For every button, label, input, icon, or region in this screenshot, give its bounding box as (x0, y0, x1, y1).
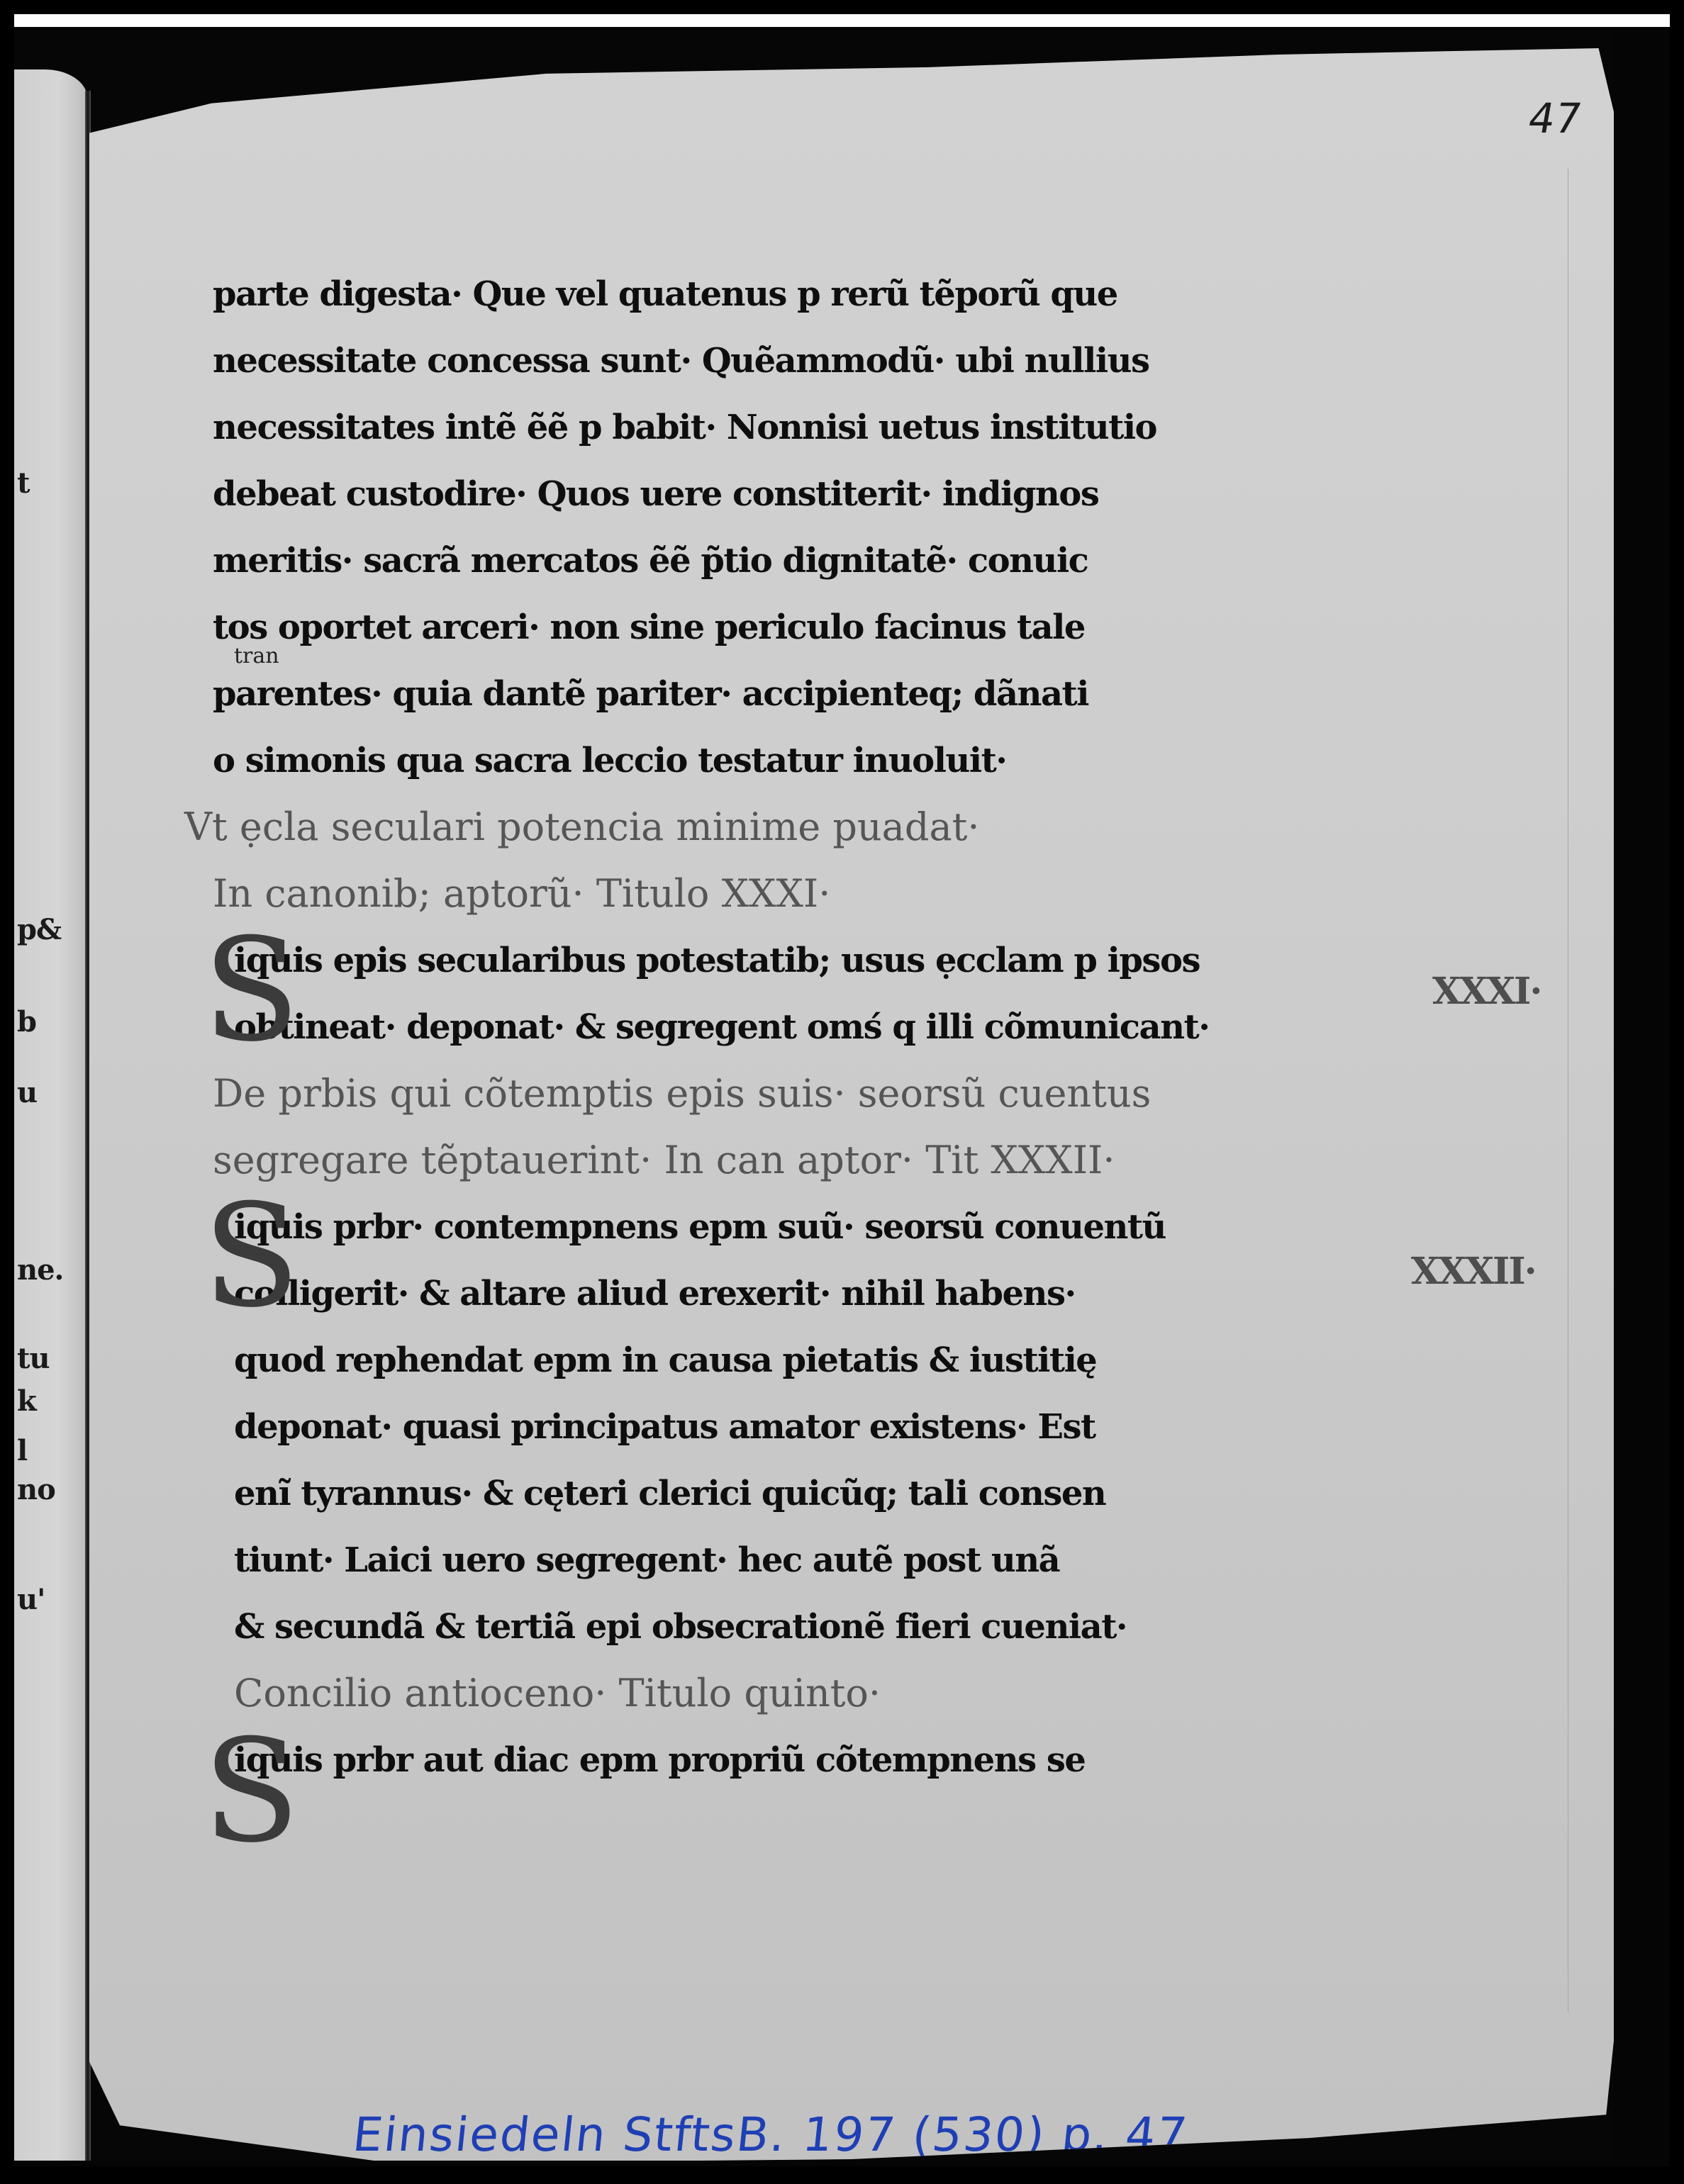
text-line: necessitates intẽ ẽẽ p babit· Nonnisi ue… (213, 394, 1418, 461)
rubric-line: De prbis qui cõtemptis epis suis· seorsũ… (213, 1060, 1418, 1127)
manuscript-photograph: t p& b u ne. tu k l no u' 47 parte diges… (14, 27, 1670, 2166)
rubric-line: segregare tẽptauerint· In can aptor· Tit… (213, 1127, 1418, 1194)
marginal-number: XXXII· (1411, 1250, 1536, 1293)
rubric-line: Concilio antioceno· Titulo quinto· (213, 1660, 1418, 1727)
left-page-fragment: u (17, 1076, 37, 1109)
text-line: obtineat· deponat· & segregent omś q ill… (213, 994, 1418, 1060)
manuscript-text: parte digesta· Que vel quatenus p rerũ t… (213, 261, 1418, 1793)
text-line: colligerit· & altare aliud erexerit· nih… (213, 1260, 1418, 1327)
text-line: deponat· quasi principatus amator existe… (213, 1394, 1418, 1460)
left-page-fragment: k (17, 1384, 36, 1418)
text-line: & secundã & tertiã epi obsecrationẽ fier… (213, 1594, 1418, 1660)
text-line: debeat custodire· Quos uere constiterit·… (213, 461, 1418, 527)
marginal-number: XXXI· (1432, 970, 1541, 1013)
text-line: iquis prbr· contempnens epm suũ· seorsũ … (213, 1194, 1418, 1260)
text-line: tiunt· Laici uero segregent· hec autẽ po… (213, 1527, 1418, 1594)
text-line: o simonis qua sacra leccio testatur inuo… (213, 727, 1418, 794)
text-line: iquis epis secularibus potestatib; usus … (213, 927, 1418, 994)
text-line: quod rephendat epm in causa pietatis & i… (213, 1327, 1418, 1394)
text-line: enĩ tyrannus· & cęteri clerici quicũq; t… (213, 1460, 1418, 1527)
left-page-fragment: no (17, 1473, 55, 1506)
page-number: 47 (1524, 94, 1585, 142)
text-line: parentes· quia dantẽ pariter· accipiente… (213, 661, 1418, 727)
text-line: meritis· sacrã mercatos ẽẽ p̃tio dignita… (213, 527, 1418, 594)
text-line: tos oportet arceri· non sine periculo fa… (213, 594, 1418, 661)
ruling-line (1568, 169, 1568, 2012)
left-page-fragment: ne. (17, 1253, 63, 1287)
right-background (1614, 27, 1670, 2166)
photo-top-border (14, 14, 1670, 27)
rubric-line: Vt ẹcla seculari potencia minime puadat· (184, 794, 1418, 861)
rubric-line: In canonib; aptorũ· Titulo XXXI· (213, 861, 1418, 927)
bottom-background (14, 2161, 1670, 2166)
decorated-initial: S (203, 1186, 300, 1328)
text-line: necessitate concessa sunt· Quẽammodũ· ub… (213, 327, 1418, 394)
left-page-fragment: b (17, 1005, 36, 1038)
left-page-fragment: u' (17, 1583, 45, 1616)
decorated-initial: S (203, 920, 300, 1062)
text-line: parte digesta· Que vel quatenus p rerũ t… (213, 261, 1418, 327)
left-page-fragment: t (17, 466, 29, 500)
right-page: 47 parte digesta· Que vel quatenus p rer… (89, 48, 1614, 2166)
left-page-edge: t p& b u ne. tu k l no u' (14, 69, 87, 2161)
left-page-fragment: p& (17, 913, 61, 946)
text-line: iquis prbr aut diac epm propriũ cõtempne… (213, 1727, 1418, 1793)
archive-caption: Einsiedeln StftsB. 197 (530) p. 47 (350, 2107, 1191, 2162)
interlinear-gloss: tran (234, 644, 279, 668)
left-page-fragment: l (17, 1434, 27, 1467)
left-page-fragment: tu (17, 1342, 50, 1375)
decorated-initial: S (203, 1721, 300, 1863)
